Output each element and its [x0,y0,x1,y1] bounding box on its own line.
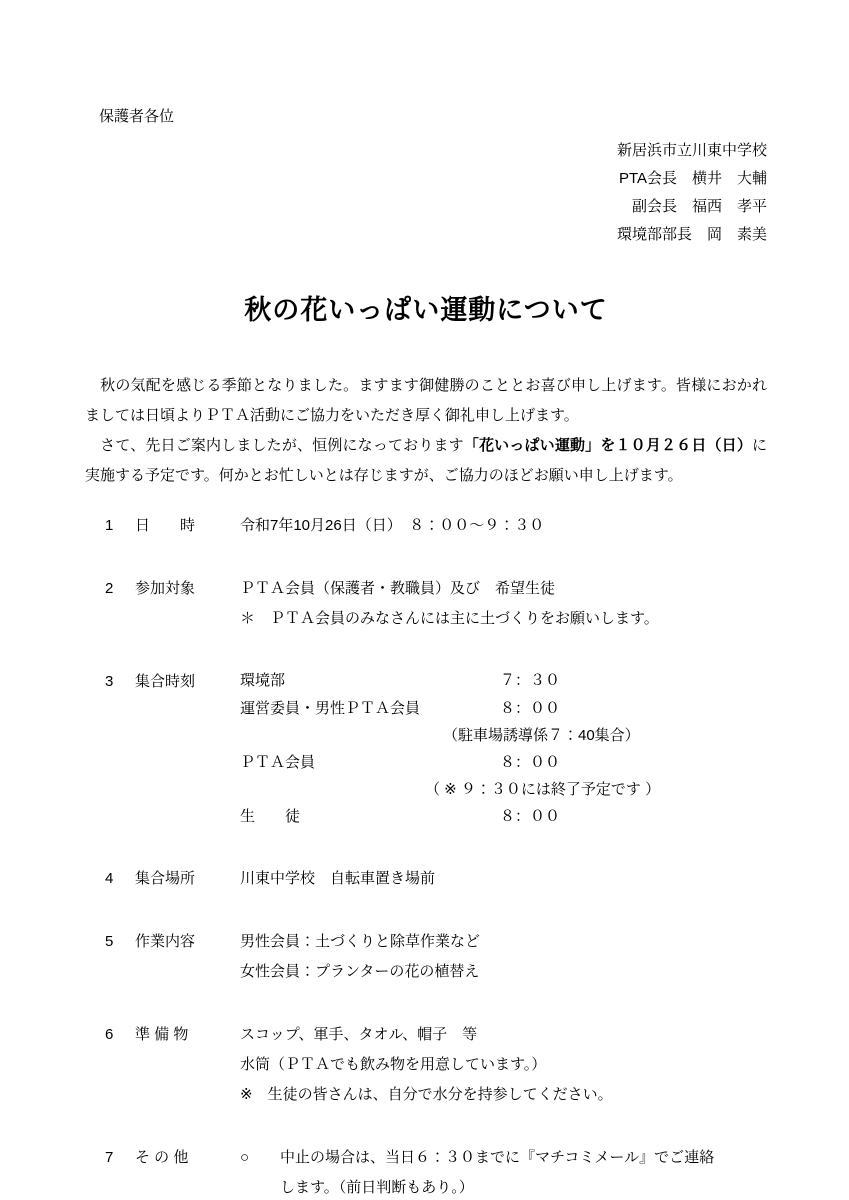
schedule-group: 運営委員・男性ＰＴＡ会員 [240,695,500,723]
cancellation-line-2: します。（前日判断もあり。） [280,1173,767,1200]
list-item-date-time: 1 日 時 令和7年10月26日（日） ８：００～９：３０ [85,511,767,541]
item-number: 4 [105,864,135,894]
schedule-note-end-time: （ ※ ９：３０には終了予定です ） [240,777,767,803]
item-content: スコップ、軍手、タオル、帽子 等 水筒（ＰＴＡでも飲み物を用意しています。） ※… [240,1020,767,1110]
document-page: 保護者各位 新居浜市立川東中学校 PTA会長 横井 大輔 副会長 福西 孝平 環… [0,0,849,1200]
participants-line: ＰＴＡ会員（保護者・教職員）及び 希望生徒 [240,574,767,604]
meeting-place-value: 川東中学校 自転車置き場前 [240,864,767,894]
item-content: 男性会員：土づくりと除草作業など 女性会員：プランターの花の植替え [240,927,767,987]
sender-vice-president: 副会長 福西 孝平 [85,193,767,221]
schedule-row: 運営委員・男性ＰＴＡ会員８：００ [240,695,767,723]
item-label: そ の 他 [135,1143,240,1173]
schedule-time: ８：００ [500,754,560,771]
bring-items-line: スコップ、軍手、タオル、帽子 等 [240,1020,767,1050]
item-number: 3 [105,667,135,697]
schedule-group: 環境部 [240,667,500,695]
participants-note: ＊ ＰＴＡ会員のみなさんには主に土づくりをお願いします。 [240,604,767,634]
item-label: 集合場所 [135,864,240,894]
item-label: 日 時 [135,511,240,541]
list-item-meeting-place: 4 集合場所 川東中学校 自転車置き場前 [85,864,767,894]
item-content: 令和7年10月26日（日） ８：００～９：３０ [240,511,767,541]
schedule-group: ＰＴＡ会員 [240,749,500,777]
bring-bottle-line: 水筒（ＰＴＡでも飲み物を用意しています。） [240,1050,767,1080]
schedule-time: ８：００ [500,700,560,717]
schedule-row: ＰＴＡ会員８：００ [240,749,767,777]
list-item-participants: 2 参加対象 ＰＴＡ会員（保護者・教職員）及び 希望生徒 ＊ ＰＴＡ会員のみなさ… [85,574,767,634]
item-number: 2 [105,574,135,604]
list-item-other: 7 そ の 他 ○ 中止の場合は、当日６：３０までに『マチコミメール』でご連絡 … [85,1143,767,1200]
work-women-line: 女性会員：プランターの花の植替え [240,957,767,987]
recipient: 保護者各位 [99,105,767,129]
intro-paragraph-2: さて、先日ご案内しましたが、恒例になっております「花いっぱい運動」を１０月２６日… [85,431,767,491]
item-content: ○ 中止の場合は、当日６：３０までに『マチコミメール』でご連絡 します。（前日判… [240,1143,767,1200]
list-item-work-details: 5 作業内容 男性会員：土づくりと除草作業など 女性会員：プランターの花の植替え [85,927,767,987]
item-number: 6 [105,1020,135,1050]
circle-marker: ○ [240,1143,280,1173]
item-label: 作業内容 [135,927,240,957]
sender-environment-head: 環境部部長 岡 素美 [85,221,767,249]
sender-block: 新居浜市立川東中学校 PTA会長 横井 大輔 副会長 福西 孝平 環境部部長 岡… [85,137,767,249]
sender-pta-president: PTA会長 横井 大輔 [85,165,767,193]
work-men-line: 男性会員：土づくりと除草作業など [240,927,767,957]
schedule-row: 生 徒８：００ [240,803,767,831]
item-label: 参加対象 [135,574,240,604]
date-time-value: 令和7年10月26日（日） ８：００～９：３０ [240,511,767,541]
sender-school: 新居浜市立川東中学校 [85,137,767,165]
item-number: 5 [105,927,135,957]
other-lines: 中止の場合は、当日６：３０までに『マチコミメール』でご連絡 します。（前日判断も… [280,1143,767,1200]
cancellation-line-1: 中止の場合は、当日６：３０までに『マチコミメール』でご連絡 [280,1143,767,1173]
schedule-row: 環境部７：３０ [240,667,767,695]
list-item-things-to-bring: 6 準 備 物 スコップ、軍手、タオル、帽子 等 水筒（ＰＴＡでも飲み物を用意し… [85,1020,767,1110]
intro-paragraph-1: 秋の気配を感じる季節となりました。ますます御健勝のこととお喜び申し上げます。皆様… [85,371,767,431]
item-label: 準 備 物 [135,1020,240,1050]
list-item-meeting-time: 3 集合時刻 環境部７：３０ 運営委員・男性ＰＴＡ会員８：００ （駐車場誘導係７… [85,667,767,831]
item-number: 1 [105,511,135,541]
schedule-note-parking: （駐車場誘導係７：40集合） [240,723,767,749]
item-content: ＰＴＡ会員（保護者・教職員）及び 希望生徒 ＊ ＰＴＡ会員のみなさんには主に土づ… [240,574,767,634]
item-number: 7 [105,1143,135,1173]
numbered-list: 1 日 時 令和7年10月26日（日） ８：００～９：３０ 2 参加対象 ＰＴＡ… [85,511,767,1200]
item-content: 川東中学校 自転車置き場前 [240,864,767,894]
item-label: 集合時刻 [135,667,240,697]
schedule-time: ７：３０ [500,672,560,689]
other-row: ○ 中止の場合は、当日６：３０までに『マチコミメール』でご連絡 します。（前日判… [240,1143,767,1200]
item-content: 環境部７：３０ 運営委員・男性ＰＴＡ会員８：００ （駐車場誘導係７：40集合） … [240,667,767,831]
bring-students-note: ※ 生徒の皆さんは、自分で水分を持参してください。 [240,1080,767,1110]
schedule-time: ８：００ [500,808,560,825]
intro-paragraph-2-bold-segment: 「花いっぱい運動」を１０月２６日（日） [464,437,752,454]
schedule-group: 生 徒 [240,803,500,831]
page-title: 秋の花いっぱい運動について [85,293,767,327]
intro-paragraph-2-segment: さて、先日ご案内しましたが、恒例になっております [85,437,464,454]
